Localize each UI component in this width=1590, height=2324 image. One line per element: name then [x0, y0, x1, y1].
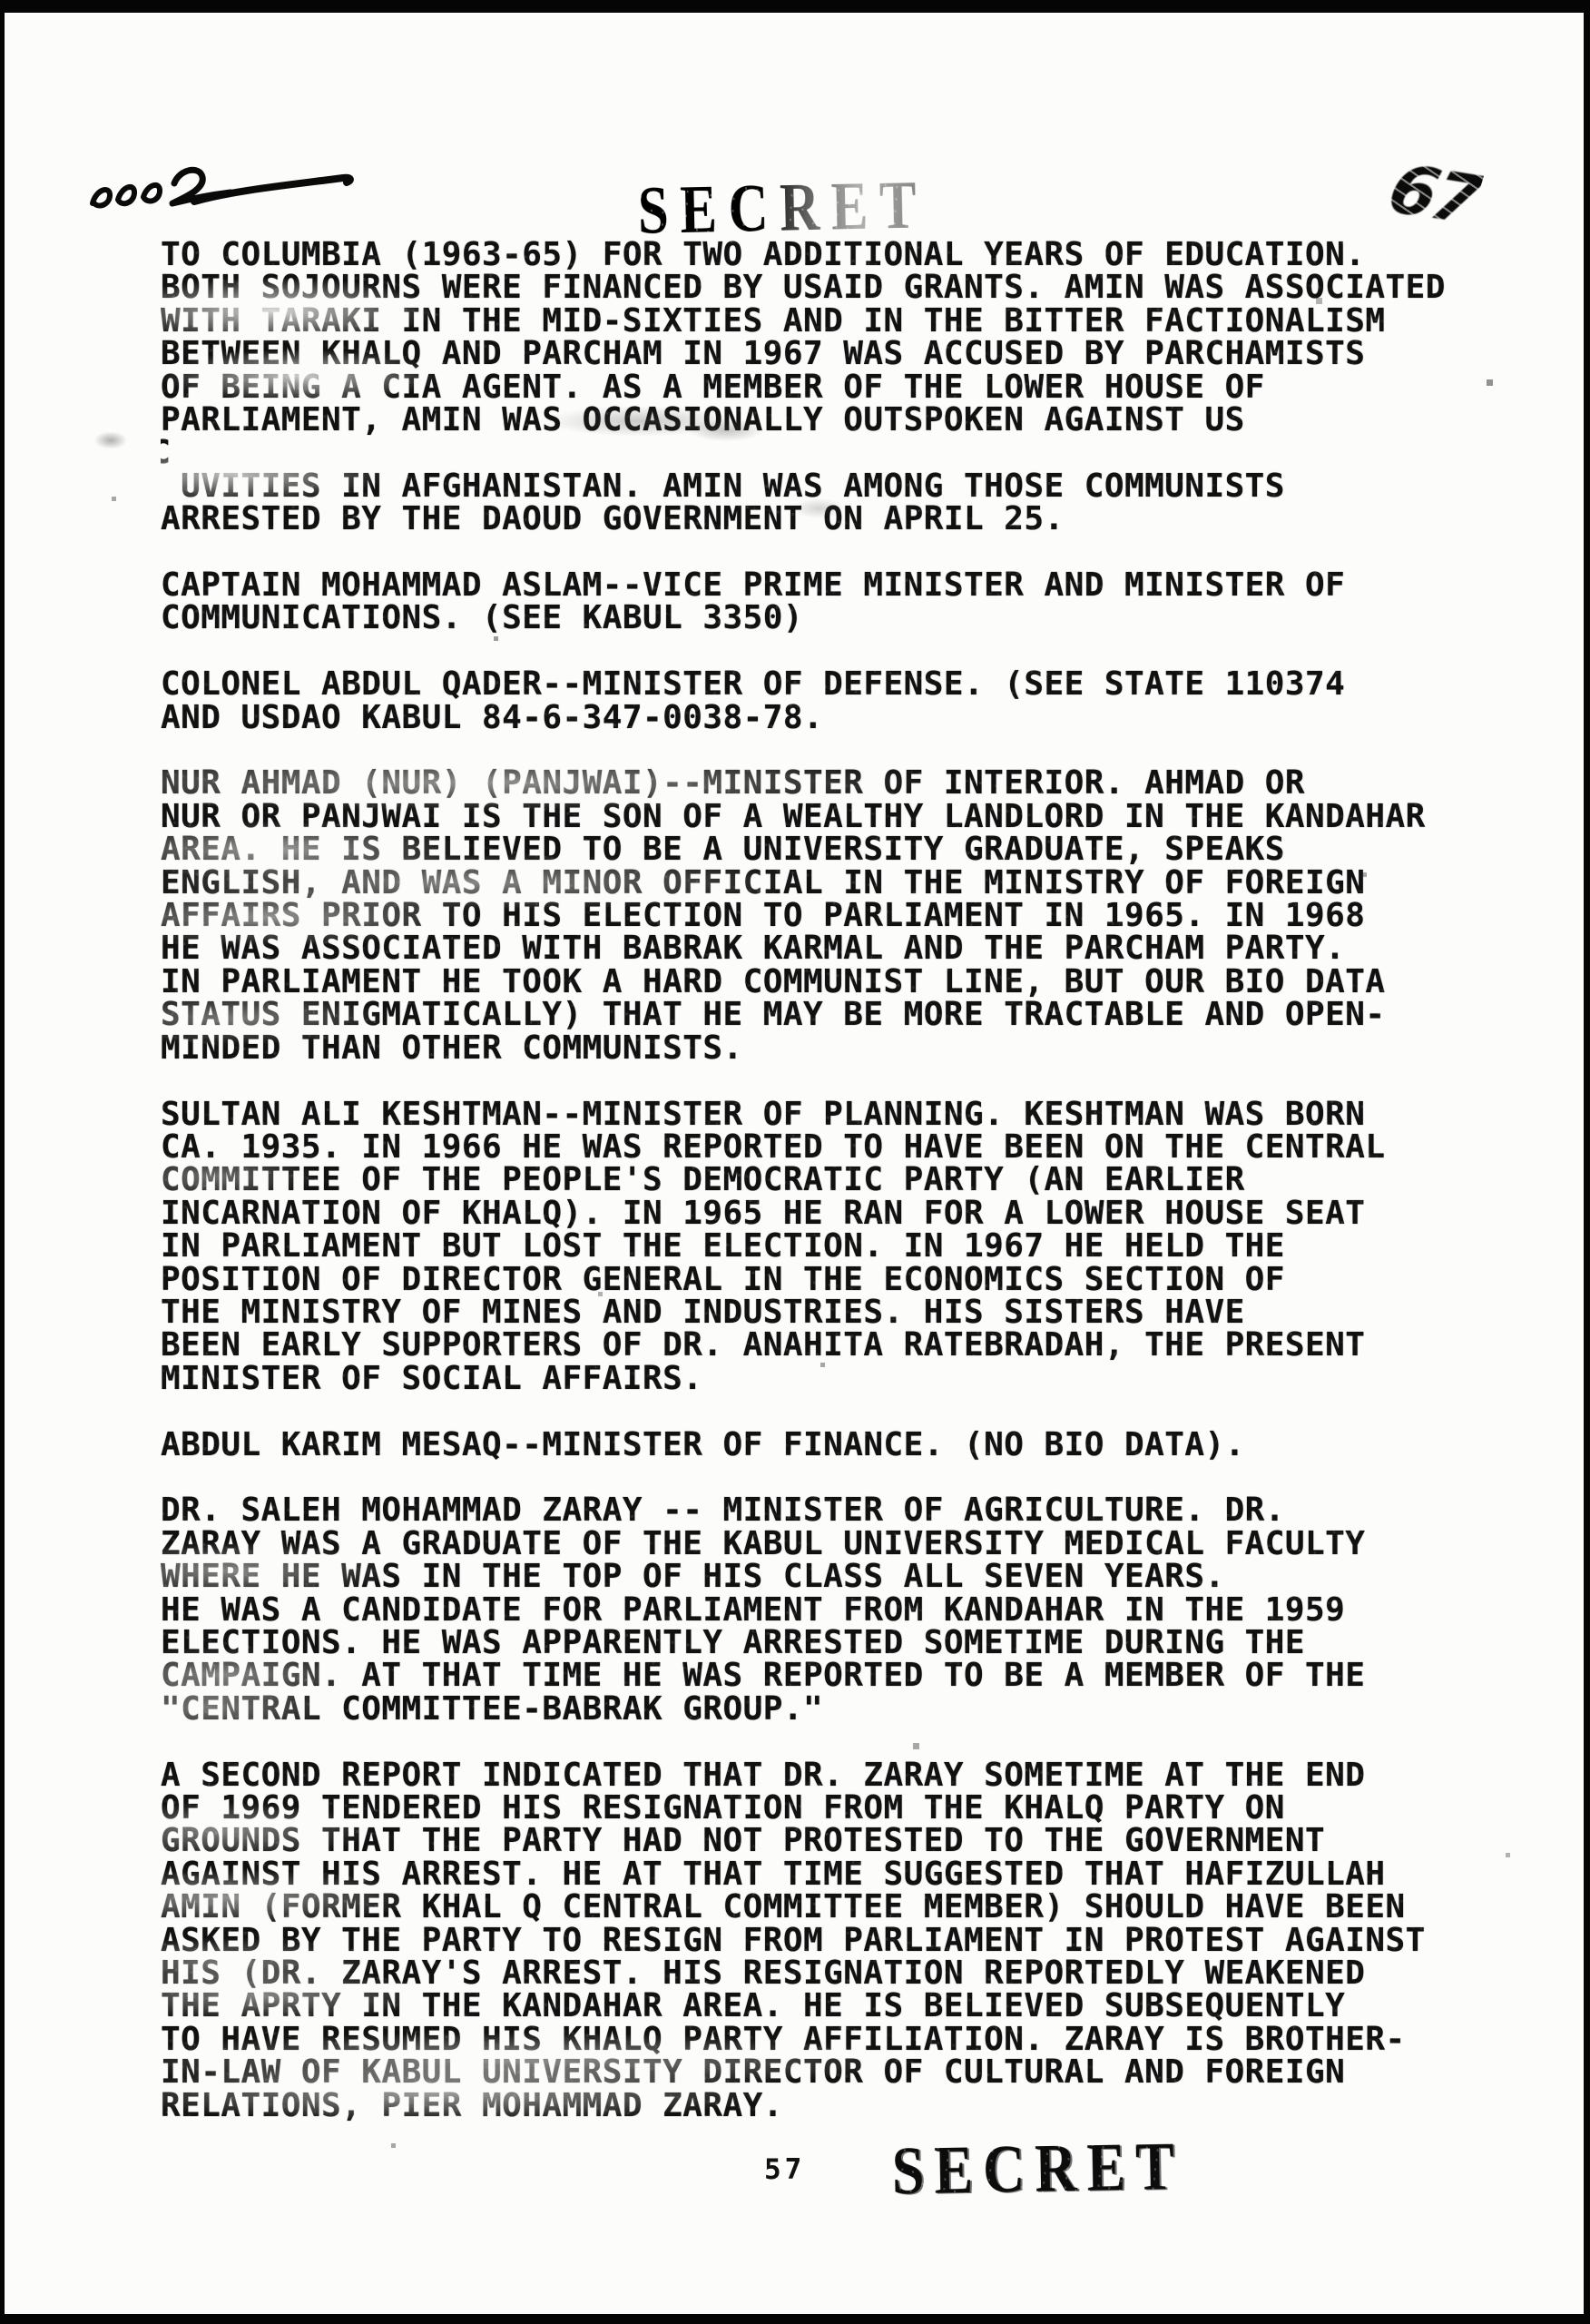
- paragraph: ABDUL KARIM MESAQ--MINISTER OF FINANCE. …: [161, 1429, 1522, 1462]
- paragraph: TO COLUMBIA (1963-65) FOR TWO ADDITIONAL…: [161, 239, 1522, 437]
- scan-specks: [0, 0, 3, 3]
- paragraph: COLONEL ABDUL QADER--MINISTER OF DEFENSE…: [161, 668, 1522, 734]
- paragraph: DR. SALEH MOHAMMAD ZARAY -- MINISTER OF …: [161, 1494, 1522, 1726]
- scan-edge-bottom: [0, 2314, 1590, 2324]
- paragraph: CAPTAIN MOHAMMAD ASLAM--VICE PRIME MINIS…: [161, 569, 1522, 635]
- page-number: 57: [764, 2153, 805, 2186]
- paragraph: NUR AHMAD (NUR) (PANJWAI)--MINISTER OF I…: [161, 767, 1522, 1065]
- secret-stamp-bottom: SECRET: [891, 2126, 1185, 2211]
- handwritten-scribble: [78, 147, 368, 238]
- document-body: TO COLUMBIA (1963-65) FOR TWO ADDITIONAL…: [161, 239, 1522, 2122]
- paragraph: SULTAN ALI KESHTMAN--MINISTER OF PLANNIN…: [161, 1098, 1522, 1396]
- scan-edge-right: [1584, 0, 1590, 2324]
- document-page: SECRET 67 TO COLUMBIA (1963-65) FOR TWO …: [0, 0, 1590, 2324]
- paragraph: UVITIES IN AFGHANISTAN. AMIN WAS AMONG T…: [161, 470, 1522, 537]
- scan-edge-left: [0, 0, 5, 2324]
- paragraph: A SECOND REPORT INDICATED THAT DR. ZARAY…: [161, 1759, 1522, 2122]
- scan-edge-top: [0, 0, 1590, 13]
- paragraph: "AC: [111, 437, 1522, 469]
- handwritten-page-annotation: 67: [1379, 151, 1487, 240]
